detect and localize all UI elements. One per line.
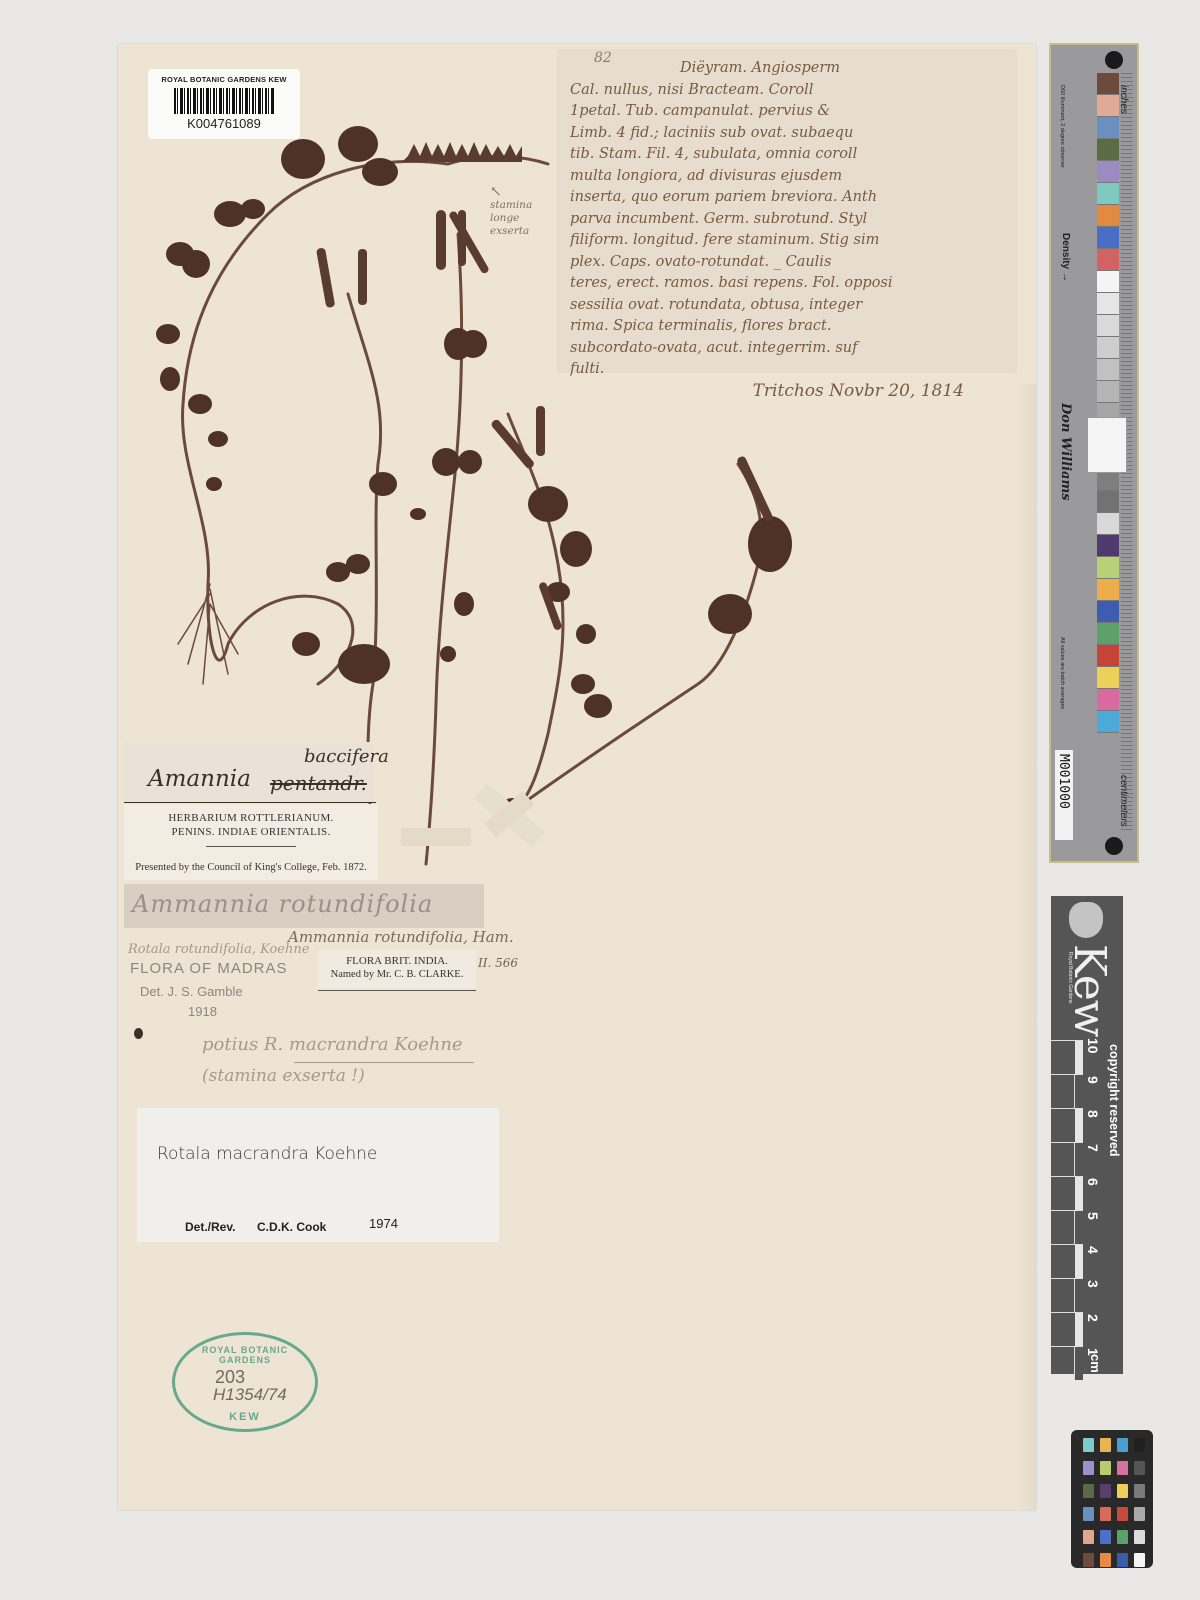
- density-label: Density →: [1060, 233, 1071, 282]
- underline: [294, 1062, 474, 1063]
- det-rev-label: Det./Rev.: [185, 1220, 235, 1234]
- registration-dot: [1105, 51, 1123, 69]
- original-name-label: baccifera Amannia pentandr.: [124, 742, 374, 802]
- note-line: multa longiora, ad divisuras ejusdem: [570, 166, 1004, 188]
- units-centimeters: centimeters: [1118, 775, 1129, 827]
- cm-mark: 6: [1085, 1178, 1101, 1198]
- color-patch: [1097, 601, 1119, 623]
- checker-row: [1083, 1438, 1153, 1452]
- flora-named-by: Named by Mr. C. B. CLARKE.: [318, 969, 476, 980]
- note-line: teres, erect. ramos. basi repens. Fol. o…: [570, 273, 1004, 295]
- annotation-line: longe: [490, 212, 560, 225]
- cm-scale: [1051, 1040, 1083, 1374]
- note-line: plex. Caps. ovato-rotundat. _ Caulis: [570, 252, 1004, 274]
- determiner-name: C.D.K. Cook: [257, 1220, 326, 1234]
- cm-unit: cm: [1088, 1354, 1103, 1373]
- color-patch: [1097, 293, 1119, 315]
- color-patch: [1097, 381, 1119, 403]
- epithet-pentandra: pentandr.: [270, 771, 367, 795]
- batch-note: All values are batch averages: [1059, 637, 1065, 709]
- barcode-label: ROYAL BOTANIC GARDENS KEW K004761089: [148, 69, 300, 139]
- note-line: tib. Stam. Fil. 4, subulata, omnia corol…: [570, 144, 1004, 166]
- color-checker-card: [1071, 1430, 1153, 1568]
- flora-brit-india-label: FLORA BRIT. INDIA. Named by Mr. C. B. CL…: [318, 950, 476, 988]
- flora-page: II. 566: [478, 956, 518, 970]
- cm-mark: 2: [1085, 1314, 1101, 1334]
- annotation-ammannia: Ammannia rotundifolia, Ham.: [288, 928, 514, 946]
- institution-name: ROYAL BOTANIC GARDENS KEW: [148, 75, 300, 84]
- note-line: 1petal. Tub. campanulat. pervius &: [570, 101, 1004, 123]
- determination-year: 1974: [369, 1216, 398, 1231]
- color-patch: [1097, 249, 1119, 271]
- kew-accession-stamp: ROYAL BOTANIC GARDENS 203 H1354/74 KEW: [172, 1332, 318, 1432]
- barcode-number: K004761089: [148, 116, 300, 131]
- serial-number: M001000: [1056, 754, 1071, 809]
- stamp-kew-text: KEW: [175, 1411, 315, 1423]
- checker-swatch: [1134, 1461, 1145, 1475]
- note-line: parva incumbent. Germ. subrotund. Styl: [570, 209, 1004, 231]
- ink-spot: [134, 1028, 143, 1039]
- cm-mark: 9: [1085, 1076, 1101, 1096]
- presented-label: Presented by the Council of King's Colle…: [124, 856, 378, 880]
- herbarium-region: PENINS. INDIAE ORIENTALIS.: [124, 826, 378, 838]
- color-patches: [1097, 73, 1119, 733]
- color-patch: [1097, 513, 1119, 535]
- brand-text: Don Williams: [1058, 403, 1073, 501]
- epithet-baccifera: baccifera: [304, 746, 389, 767]
- cm-mark: 3: [1085, 1280, 1101, 1300]
- annotation-rotala-rotundifolia: Rotala rotundifolia, Koehne: [128, 942, 309, 957]
- gamble-determination: Det. J. S. Gamble: [140, 984, 243, 999]
- checker-swatch: [1100, 1484, 1111, 1498]
- checker-swatch: [1117, 1507, 1128, 1521]
- checker-swatch: [1134, 1484, 1145, 1498]
- color-patch: [1097, 161, 1119, 183]
- color-patch: [1097, 645, 1119, 667]
- color-patch: [1097, 535, 1119, 557]
- checker-swatch: [1083, 1507, 1094, 1521]
- stamp-arc-text: ROYAL BOTANIC GARDENS: [175, 1345, 315, 1365]
- checker-swatch: [1134, 1553, 1145, 1567]
- flora-title: FLORA BRIT. INDIA.: [318, 955, 476, 967]
- cm-mark: 4: [1085, 1246, 1101, 1266]
- serial-label: M001000: [1055, 750, 1073, 840]
- note-line: Diëyram. Angiosperm: [570, 58, 1004, 80]
- note-line: sessilia ovat. rotundata, obtusa, intege…: [570, 295, 1004, 317]
- checker-swatch: [1100, 1438, 1111, 1452]
- color-patch: [1097, 183, 1119, 205]
- kew-crest-icon: [1069, 902, 1103, 938]
- checker-row: [1083, 1530, 1153, 1544]
- units-inches: inches: [1118, 85, 1129, 114]
- stamp-accession: H1354/74: [213, 1385, 287, 1405]
- checker-swatch: [1083, 1461, 1094, 1475]
- determined-taxon: Rotala macrandra Koehne: [157, 1144, 377, 1164]
- checker-swatch: [1100, 1507, 1111, 1521]
- kew-subtitle: Royal Botanic Gardens: [1067, 952, 1073, 1003]
- annotation-line: stamina: [490, 199, 560, 212]
- color-patch: [1097, 667, 1119, 689]
- color-patch: [1097, 491, 1119, 513]
- color-patch: [1097, 95, 1119, 117]
- checker-swatch: [1083, 1438, 1094, 1452]
- registration-dot: [1105, 837, 1123, 855]
- checker-swatch: [1083, 1530, 1094, 1544]
- note-line: rima. Spica terminalis, flores bract.: [570, 316, 1004, 338]
- determination-label: Rotala macrandra Koehne Det./Rev. C.D.K.…: [137, 1108, 499, 1242]
- checker-swatch: [1083, 1553, 1094, 1567]
- color-patch: [1097, 205, 1119, 227]
- checker-swatch: [1100, 1553, 1111, 1567]
- cm-mark: 8: [1085, 1110, 1101, 1130]
- flora-madras-stamp: FLORA OF MADRAS: [130, 960, 288, 977]
- checker-row: [1083, 1507, 1153, 1521]
- checker-row: [1083, 1484, 1153, 1498]
- color-patch: [1097, 337, 1119, 359]
- folio-number: 82: [594, 50, 612, 66]
- checker-swatch: [1083, 1484, 1094, 1498]
- divider: [318, 990, 476, 991]
- color-patch: [1097, 73, 1119, 95]
- color-patch: [1097, 227, 1119, 249]
- herbarium-sheet: ROYAL BOTANIC GARDENS KEW K004761089 82 …: [118, 44, 1036, 1510]
- color-scale-bar: inches centimeters D50 Illuminant, 2 deg…: [1049, 43, 1139, 863]
- barcode-icon: [174, 88, 274, 114]
- checker-swatch: [1117, 1438, 1128, 1452]
- note-line: filiform. longitud. fere staminum. Stig …: [570, 230, 1004, 252]
- checker-swatch: [1117, 1484, 1128, 1498]
- color-patch: [1097, 359, 1119, 381]
- herbarium-name: HERBARIUM ROTTLERIANUM.: [124, 812, 378, 824]
- checker-swatch: [1117, 1461, 1128, 1475]
- annotation-stamina-exserta: (stamina exserta !): [202, 1066, 365, 1086]
- kew-ruler: Kew Royal Botanic Gardens copyright rese…: [1051, 896, 1123, 1374]
- note-signature: Tritchos Novbr 20, 1814: [570, 381, 1004, 403]
- color-patch: [1097, 711, 1119, 733]
- color-patch: [1097, 139, 1119, 161]
- color-patch: [1097, 271, 1119, 293]
- checker-swatch: [1117, 1553, 1128, 1567]
- cm-mark: 10: [1085, 1038, 1101, 1058]
- divider: [206, 846, 296, 847]
- color-patch: [1097, 579, 1119, 601]
- cm-mark: 5: [1085, 1212, 1101, 1232]
- genus-amannia: Amannia: [148, 766, 251, 792]
- cm-mark: 7: [1085, 1144, 1101, 1164]
- gamble-year: 1918: [188, 1004, 217, 1019]
- checker-swatch: [1134, 1438, 1145, 1452]
- annotation-potius: potius R. macrandra Koehne: [202, 1034, 463, 1055]
- color-patch: [1097, 117, 1119, 139]
- annotation-line: exserta: [490, 225, 560, 238]
- color-patch: [1097, 689, 1119, 711]
- note-line: Limb. 4 fid.; laciniis sub ovat. subaequ: [570, 123, 1004, 145]
- checker-swatch: [1134, 1507, 1145, 1521]
- name-strip-label: Ammannia rotundifolia: [124, 884, 484, 928]
- note-line: subcordato-ovata, acut. integerrim. suf: [570, 338, 1004, 360]
- divider: [124, 802, 376, 803]
- copyright-text: copyright reserved: [1107, 1044, 1121, 1157]
- color-patch: [1097, 557, 1119, 579]
- color-patch: [1097, 315, 1119, 337]
- color-patch: [1097, 623, 1119, 645]
- checker-row: [1083, 1461, 1153, 1475]
- strip-handwriting: Ammannia rotundifolia: [132, 890, 433, 918]
- handwritten-field-note: 82 Diëyram. Angiosperm Cal. nullus, nisi…: [558, 50, 1016, 372]
- checker-swatch: [1100, 1461, 1111, 1475]
- note-line: Cal. nullus, nisi Bracteam. Coroll: [570, 80, 1004, 102]
- stamen-annotation: ↖ stamina longe exserta: [490, 186, 560, 238]
- checker-row: [1083, 1553, 1153, 1567]
- illuminant-text: D50 Illuminant, 2 degree observer: [1059, 85, 1065, 168]
- resolution-target: [1087, 417, 1127, 473]
- note-line: inserta, quo eorum pariem breviora. Anth: [570, 187, 1004, 209]
- note-line: fulti.: [570, 359, 1004, 381]
- checker-swatch: [1100, 1530, 1111, 1544]
- checker-swatch: [1117, 1530, 1128, 1544]
- checker-swatch: [1134, 1530, 1145, 1544]
